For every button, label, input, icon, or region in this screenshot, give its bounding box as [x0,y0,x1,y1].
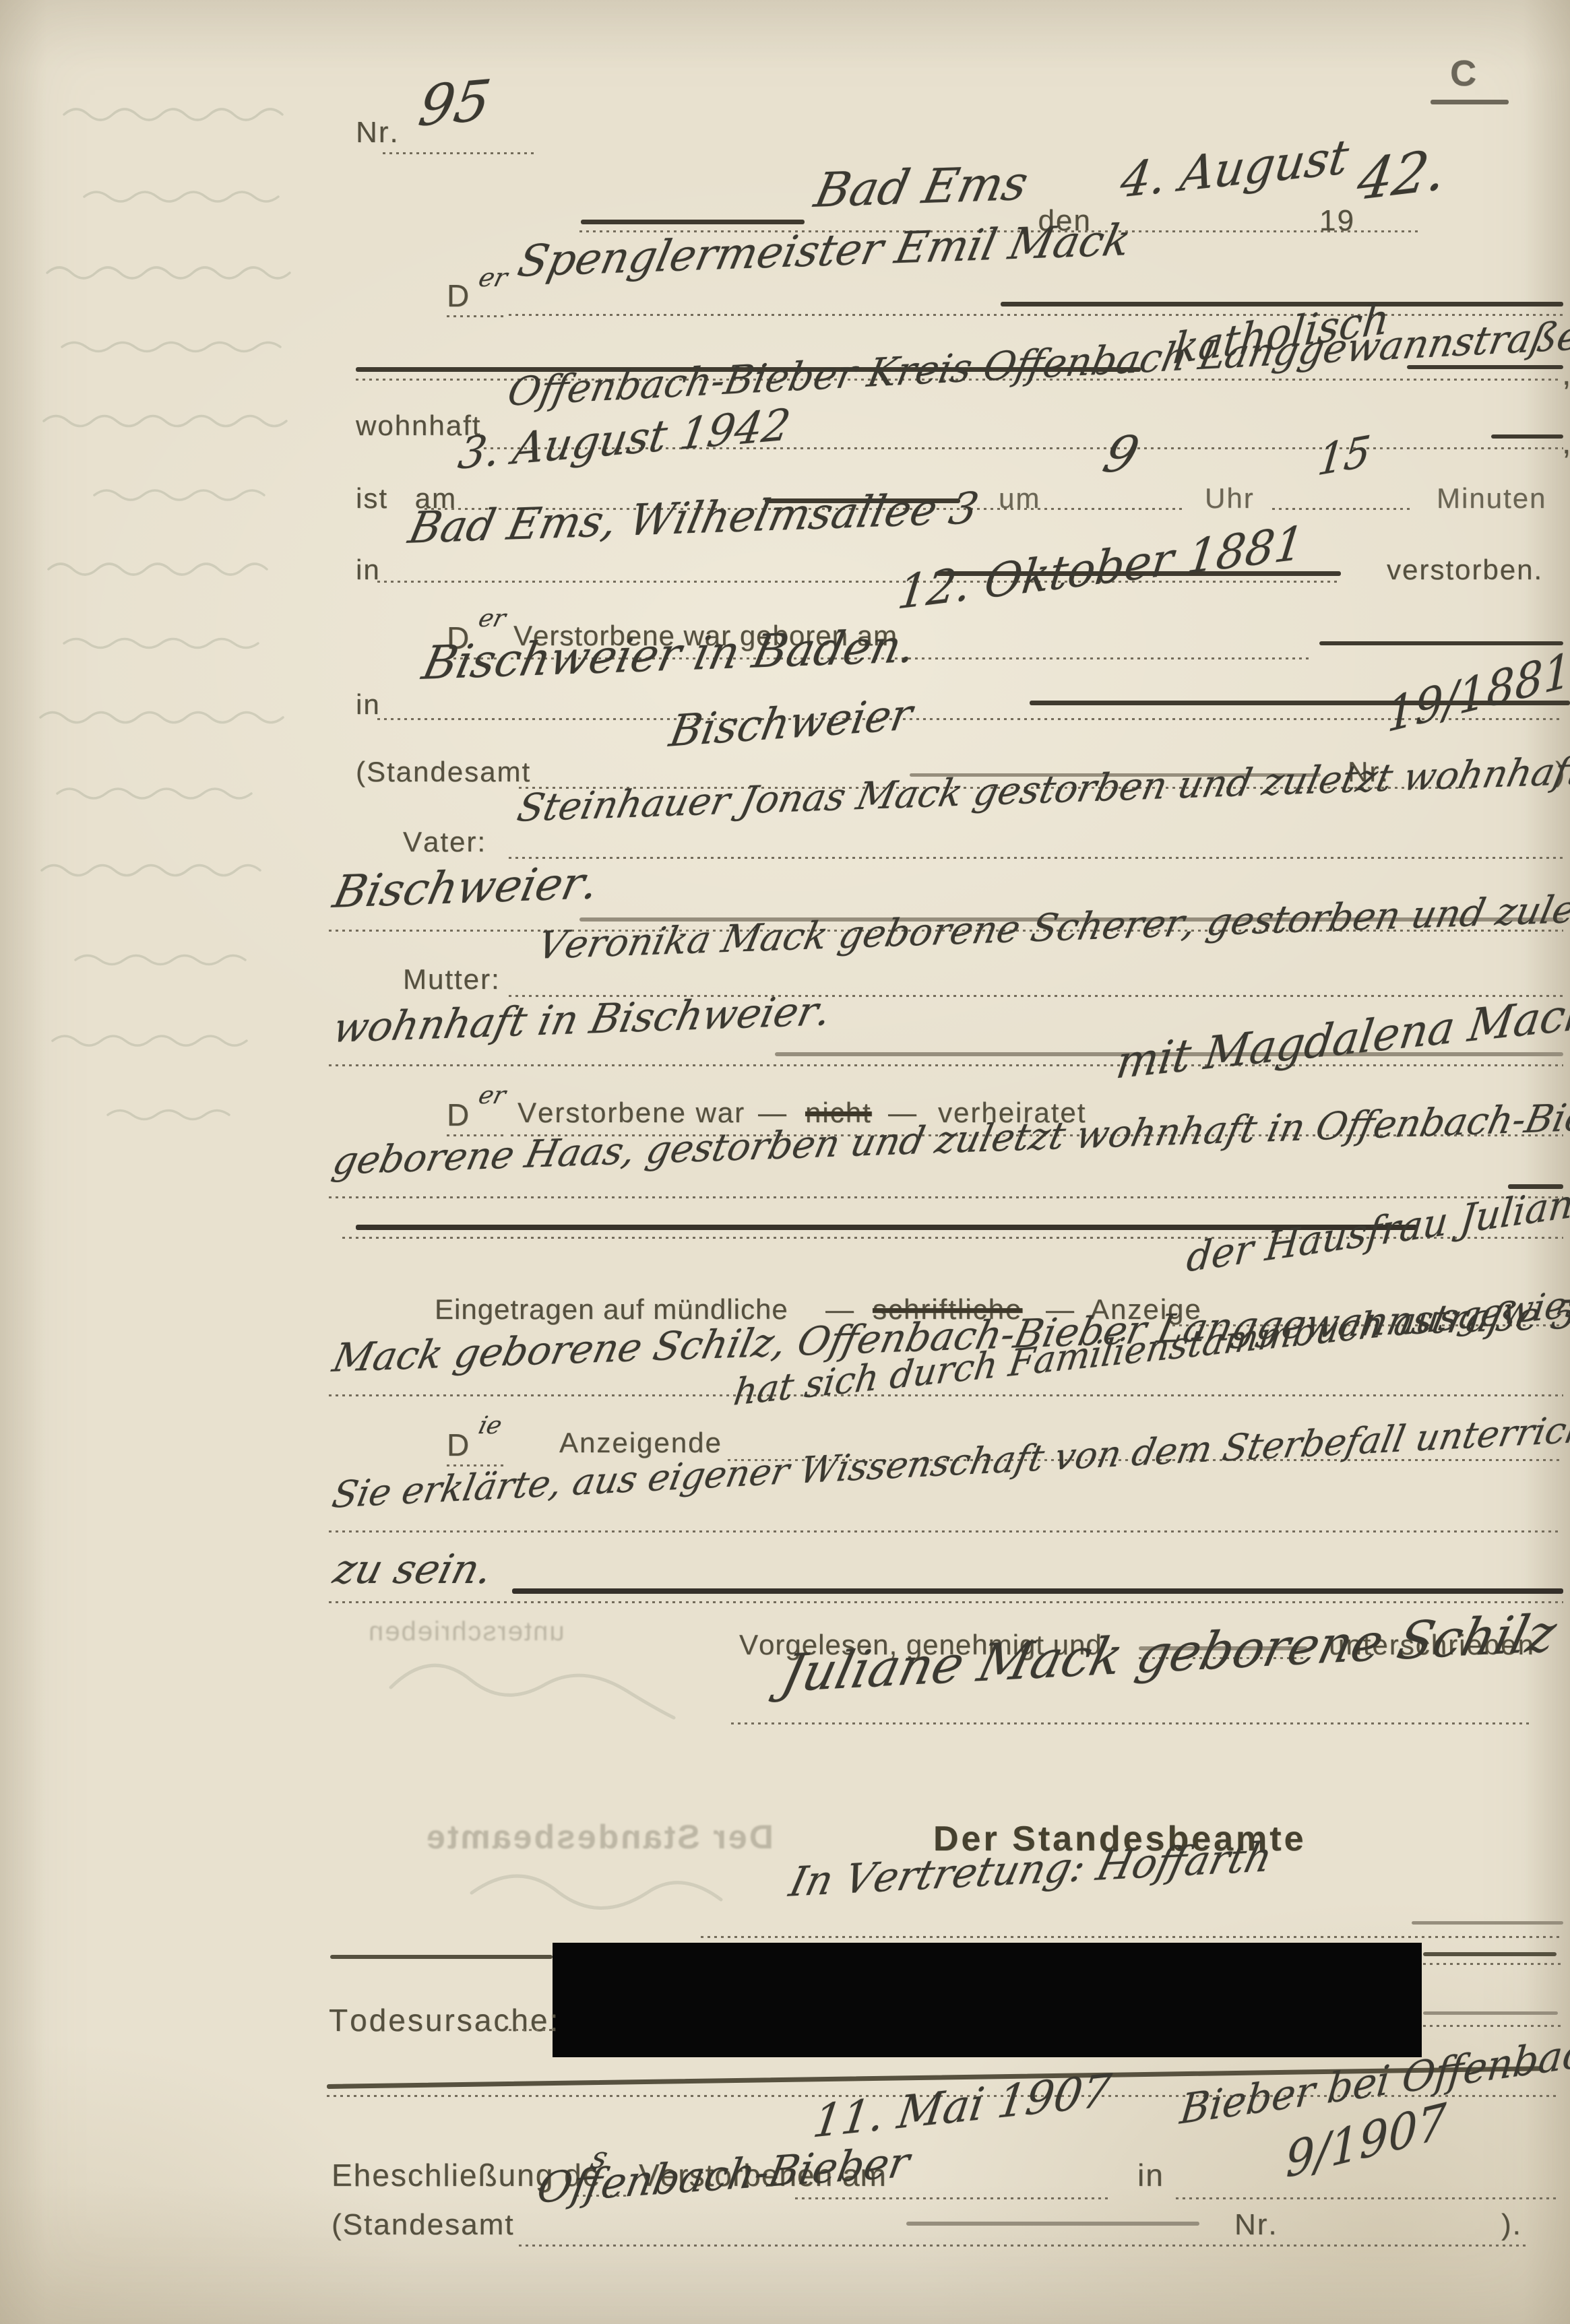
corner-mark: C [1450,53,1478,94]
spouse-entry: mit Magdalena Mack [1113,986,1570,1089]
father-entry: Steinhauer Jonas Mack gestorben und zule… [513,748,1570,831]
birth-registry-entry: Bischweier [666,690,916,757]
mother-entry-2: wohnhaft in Bischweier. [329,988,836,1052]
deceased-name-dotted-line [509,314,1563,316]
bleed-through-line [44,416,286,426]
anzeigende-article-label: D [447,1427,470,1463]
minute-entry: 15 [1315,426,1373,486]
dateline-place-entry: Bad Ems [810,155,1033,218]
hour-entry: 9 [1097,426,1145,484]
mother-entry: Veronika Mack geborene Scherer, gestorbe… [534,886,1570,968]
dateline-century-label: 19 [1319,204,1355,238]
residence-fill-line [1491,434,1563,439]
dateline-year-entry: 42. [1353,137,1451,214]
um-label: um [999,482,1040,515]
birth-place-dotted-line [377,718,1563,720]
father-dotted-line [509,857,1563,859]
birth-record-number-entry: 19/1881 [1387,643,1570,744]
declaration-dotted-line [329,1530,1562,1532]
bleed-through-line [53,1036,247,1045]
birth-date-fill-line [1319,641,1563,645]
bleed-through-line [108,1111,229,1120]
pre-redaction-line-left [330,1955,553,1959]
bleed-through-line [47,267,290,278]
dateline-date-entry: 4. August [1117,129,1352,209]
bleed-through-line [40,713,283,723]
declaration-entry: Sie erklärte, aus eigener Wissenschaft v… [329,1405,1570,1516]
dateline-fill-line [581,220,805,224]
ghost-unterschrieben: unterschrieben [367,1617,565,1647]
corner-mark-underline [1431,100,1509,104]
bleed-through-line [94,490,264,500]
anzeigende-article-suffix-entry: ie [476,1412,505,1440]
mother-dotted-line-2 [329,1064,1563,1066]
birth-standesamt-label: (Standesamt [356,756,531,788]
informant-dotted-line-2 [329,1394,1563,1396]
pre-redaction-line-right [1423,1952,1557,1956]
spouse-dotted-line [329,1196,1563,1198]
bleed-through-line [49,564,267,575]
todesursache-line-right [1423,2011,1558,2015]
mutter-label: Mutter: [403,963,501,996]
deceased-name-entry: Spenglermeister Emil Mack [513,216,1135,287]
war-label: Verstorbene war [517,1097,745,1129]
death-register-page: C Nr. 95 Bad Ems , den 4. August 19 42. … [0,0,1570,2324]
bleed-through-line [75,956,245,965]
bleed-through-line [64,639,258,648]
deceased-article-suffix-entry: er [476,263,511,292]
approval-signature-entry: Juliane Mack geborene Schilz [776,1603,1562,1704]
vater-label: Vater: [403,826,486,858]
marriage-registry-entry: Offenbach-Bieber [534,2137,913,2213]
birth-article-suffix-entry: er [476,605,509,633]
marriage-registry-dotted-line [519,2245,1530,2247]
line-end-comma-2: , [1562,424,1570,461]
marriage-article-label: D [447,1097,470,1133]
declaration-rule [512,1588,1563,1594]
marriage-place-dotted-line [1176,2197,1557,2199]
father-entry-2: Bischweier. [329,857,603,918]
record-number-value: 95 [414,68,495,139]
marriage-article-suffix-entry: er [476,1082,509,1109]
pre-redaction-dotted-right [1423,1963,1563,1965]
record-number-dotted-line [383,152,534,154]
bleed-through-line [42,866,260,876]
ghost-standesbeamte-heading: Der Standesbeamte [425,1817,774,1857]
minuten-label: Minuten [1437,482,1546,515]
bleed-through-line [84,192,278,201]
approval-signature-dotted-line [731,1722,1533,1724]
todesursache-dotted-right [1423,2025,1563,2027]
registrar-dotted-line [701,1936,1563,1938]
todesursache-dotted-left [509,2029,553,2031]
bleed-through-line [62,343,280,352]
death-place-entry: Bad Ems, Wilhelmsallee 3 [404,484,982,554]
record-number-label: Nr. [356,116,400,150]
marriage-date-dotted-line [795,2197,1112,2199]
in-label-3: in [1137,2157,1164,2193]
marriage-nr-label: Nr. [1234,2208,1278,2242]
declaration-dotted-line-2 [329,1601,1563,1603]
uhr-label: Uhr [1205,482,1255,515]
marriage-registry-fill-line [906,2222,1199,2226]
marriage-paren-close: ). [1501,2208,1522,2242]
minute-dotted-line [1272,508,1414,510]
registrar-fill-line [1412,1921,1563,1925]
residence-entry: Offenbach-Bieber Kreis Offenbach Langgew… [504,309,1570,415]
bleed-through-flourish [472,1876,721,1908]
bleed-through-flourish [391,1665,674,1718]
bleed-through-line [64,109,282,120]
todesursache-label: Todesursache: [329,2002,560,2038]
informant-entry: der Hausfrau Juliana [1185,1177,1570,1281]
deceased-article-dotted-line [447,315,507,317]
declaration-entry-2: zu sein. [329,1546,497,1593]
verstorben-label: verstorben. [1387,554,1543,586]
deceased-article-label: D [447,278,470,314]
line-end-comma-1: , [1562,356,1570,393]
deceased-name-fill-line [1001,302,1563,306]
redaction-box [553,1943,1422,2057]
bleed-through-line [57,789,251,798]
in-label-2: in [356,688,381,721]
marriage-standesamt-label: (Standesamt [332,2208,514,2242]
